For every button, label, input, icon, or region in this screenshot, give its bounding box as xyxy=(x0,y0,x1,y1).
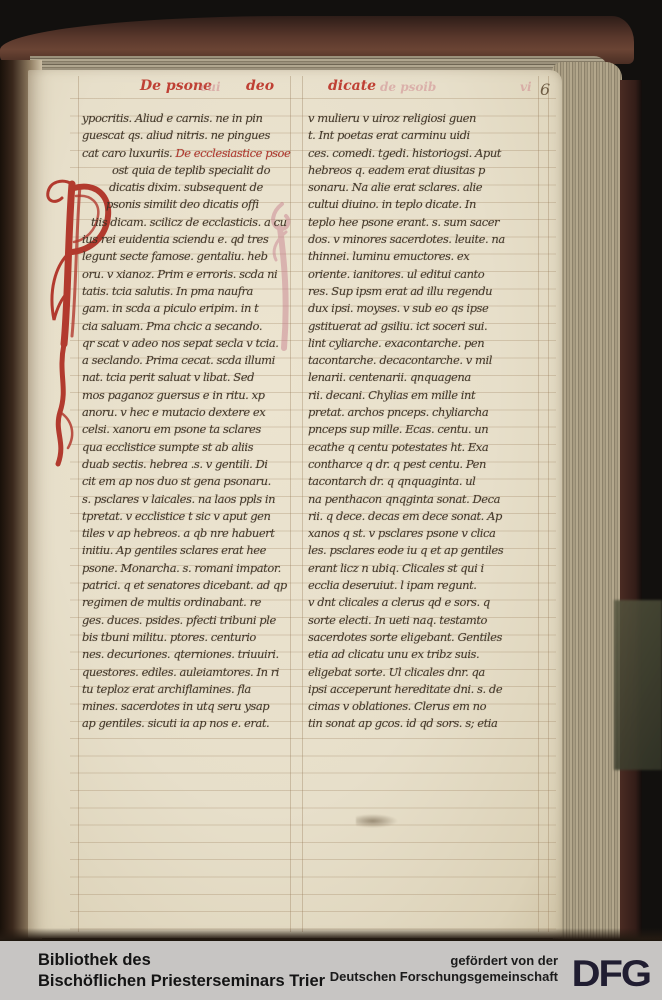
manuscript-line: ost quia de teplib specialit do xyxy=(112,162,292,179)
manuscript-line: t. Int poetas erat carminu uidi xyxy=(308,127,542,144)
manuscript-line: etia ad clicatu unu ex tribz suis. xyxy=(308,646,542,663)
manuscript-line: dos. v minores sacerdotes. leuite. na xyxy=(308,231,542,248)
column-rule-line xyxy=(548,76,549,932)
folio-number: 6 xyxy=(540,80,550,99)
manuscript-line: oriente. ianitores. ul editui canto xyxy=(308,266,542,283)
manuscript-line: nes. decuriones. qterniones. triuuiri. xyxy=(82,646,292,663)
funding-credit-line2: Deutschen Forschungsgemeinschaft xyxy=(330,969,558,985)
book-cover-edge xyxy=(620,80,642,940)
manuscript-line: ges. duces. psides. pfecti tribuni ple xyxy=(82,612,292,629)
manuscript-line: legunt secte famose. gentaliu. heb xyxy=(82,248,292,265)
manuscript-line: eligebat sorte. Ul clicales dnr. qa xyxy=(308,664,542,681)
manuscript-line: tpretat. v ecclistice t sic v aput gen xyxy=(82,508,292,525)
manuscript-line: mos paganoz guersus e in ritu. xp xyxy=(82,387,292,404)
manuscript-line: qr scat v adeo nos sepat secla v tcia. xyxy=(82,335,292,352)
manuscript-line: lint cyliarche. exacontarche. pen xyxy=(308,335,542,352)
manuscript-line: cat caro luxuriis. De ecclesiastice psoe xyxy=(82,145,292,162)
header-ghost-text: vi xyxy=(520,80,532,94)
manuscript-line: questores. ediles. auleiamtores. In ri xyxy=(82,664,292,681)
manuscript-line: sonaru. Na alie erat sclares. alie xyxy=(308,179,542,196)
manuscript-line: bis tbuni militu. ptores. centurio xyxy=(82,629,292,646)
manuscript-line: tin sonat ap gcos. id qd sors. s; etia xyxy=(308,715,542,732)
text-column-1: ypocritis. Aliud e carnis. ne in pingues… xyxy=(82,110,292,733)
manuscript-line: tiles v ap hebreos. a qb nre habuert xyxy=(82,525,292,542)
header-rubric-right: dicate xyxy=(328,78,376,94)
manuscript-line: teplo hee psone erant. s. sum sacer xyxy=(308,214,542,231)
manuscript-line: pnceps sup mille. Ecas. centu. un xyxy=(308,421,542,438)
manuscript-line: ypocritis. Aliud e carnis. ne in pin xyxy=(82,110,292,127)
header-rubric-mid: deo xyxy=(246,78,274,94)
manuscript-line: rii. q dece. decas em dece sonat. Ap xyxy=(308,508,542,525)
manuscript-line: ecathe q centu potestates ht. Exa xyxy=(308,439,542,456)
manuscript-line: oru. v xianoz. Prim e erroris. scda ni xyxy=(82,266,292,283)
manuscript-line: pretat. archos pnceps. chyliarcha xyxy=(308,404,542,421)
manuscript-line: guescat qs. aliud nitris. ne pingues xyxy=(82,127,292,144)
column-rule-line xyxy=(302,76,303,932)
manuscript-line: ipsi acceperunt hereditate dni. s. de xyxy=(308,681,542,698)
funding-credit: gefördert von der Deutschen Forschungsge… xyxy=(330,953,558,985)
manuscript-line: les. psclares eode iu q et ap gentiles xyxy=(308,542,542,559)
manuscript-line: patrici. q et senatores dicebant. ad qp xyxy=(82,577,292,594)
library-name-line1: Bibliothek des xyxy=(38,950,325,971)
manuscript-line: erant licz n ubiq. Clicales st qui i xyxy=(308,560,542,577)
page-bottom-shadow xyxy=(0,928,662,942)
manuscript-line: gam. in scda a piculo eripim. in t xyxy=(82,300,292,317)
manuscript-line: cultui diuino. in teplo dicate. In xyxy=(308,196,542,213)
manuscript-line: ecclia deseruiut. l ipam regunt. xyxy=(308,577,542,594)
manuscript-line: s. psclares v laicales. na laos ppls in xyxy=(82,491,292,508)
funding-credit-line1: gefördert von der xyxy=(330,953,558,969)
manuscript-line: v dnt clicales a clerus qd e sors. q xyxy=(308,594,542,611)
manuscript-line: thinnei. luminu emuctores. ex xyxy=(308,248,542,265)
manuscript-line: ap gentiles. sicuti ia ap nos e. erat. xyxy=(82,715,292,732)
manuscript-page: De psone deo dicate cui de psoib vi 6 xyxy=(28,70,562,938)
manuscript-line: tacontarche. decacontarche. v mil xyxy=(308,352,542,369)
digitization-footer: Bibliothek des Bischöflichen Priestersem… xyxy=(0,941,662,1000)
manuscript-line: a seclando. Prima cecat. scda illumi xyxy=(82,352,292,369)
manuscript-line: anoru. v hec e mutacio dextere ex xyxy=(82,404,292,421)
manuscript-line: cimas v oblationes. Clerus em no xyxy=(308,698,542,715)
manuscript-line: ius rei euidentia sciendu e. qd tres xyxy=(82,231,292,248)
header-ghost-text: cui xyxy=(200,80,221,94)
manuscript-line: dux ipsi. moyses. v sub eo qs ipse xyxy=(308,300,542,317)
manuscript-line: tu teploz erat archiflamines. fla xyxy=(82,681,292,698)
manuscript-line: psone. Monarcha. s. romani impator. xyxy=(82,560,292,577)
manuscript-line: v mulieru v uiroz religiosi guen xyxy=(308,110,542,127)
manuscript-line: dicatis dixim. subsequent de xyxy=(109,179,292,196)
manuscript-line: cit em ap nos duo st gena psonaru. xyxy=(82,473,292,490)
manuscript-line: contharce q dr. q pest centu. Pen xyxy=(308,456,542,473)
manuscript-line: sacerdotes sorte eligebant. Gentiles xyxy=(308,629,542,646)
running-header: De psone deo dicate cui de psoib vi xyxy=(28,78,562,100)
manuscript-line: duab sectis. hebrea .s. v gentili. Di xyxy=(82,456,292,473)
manuscript-line: qua ecclistice sumpte st ab aliis xyxy=(82,439,292,456)
dfg-logo: DFG xyxy=(572,954,650,995)
manuscript-line: gstituerat ad gsiliu. ict soceri sui. xyxy=(308,318,542,335)
manuscript-line: xanos q st. v psclares psone v clica xyxy=(308,525,542,542)
header-ghost-text: de psoib xyxy=(380,80,436,94)
manuscript-line: res. Sup ipsm erat ad illu regendu xyxy=(308,283,542,300)
book-cover-corner xyxy=(614,600,662,770)
library-name-line2: Bischöflichen Priesterseminars Trier xyxy=(38,971,325,992)
manuscript-line: cia saluam. Pma chcic a secando. xyxy=(82,318,292,335)
manuscript-line: initiu. Ap gentiles sclares erat hee xyxy=(82,542,292,559)
manuscript-line: sorte electi. In ueti naq. testamto xyxy=(308,612,542,629)
manuscript-line: psonis similit deo dicatis offi xyxy=(106,196,292,213)
manuscript-line: regimen de multis ordinabant. re xyxy=(82,594,292,611)
manuscript-line: celsi. xanoru em psone ta sclares xyxy=(82,421,292,438)
book-right-page-edges xyxy=(552,62,622,940)
manuscript-line: nat. tcia perit saluat v libat. Sed xyxy=(82,369,292,386)
text-column-2: v mulieru v uiroz religiosi guent. Int p… xyxy=(308,110,542,733)
ink-smudge xyxy=(356,814,398,828)
manuscript-line: mines. sacerdotes in utq seru ysap xyxy=(82,698,292,715)
rubric-text: De ecclesiastice psoe xyxy=(175,146,290,160)
manuscript-line: rii. decani. Chylias em mille int xyxy=(308,387,542,404)
manuscript-line: tiis dicam. scilicz de ecclasticis. a cu xyxy=(91,214,292,231)
library-name: Bibliothek des Bischöflichen Priestersem… xyxy=(38,950,325,992)
manuscript-line: ces. comedi. tgedi. historiogsi. Aput xyxy=(308,145,542,162)
manuscript-line: tacontarch dr. q qnquaginta. ul xyxy=(308,473,542,490)
manuscript-line: tatis. tcia salutis. In pma naufra xyxy=(82,283,292,300)
manuscript-line: lenarii. centenarii. qnquagena xyxy=(308,369,542,386)
manuscript-scan: De psone deo dicate cui de psoib vi 6 xyxy=(0,0,662,1000)
manuscript-line: na penthacon qnqginta sonat. Deca xyxy=(308,491,542,508)
manuscript-line: hebreos q. eadem erat diusitas p xyxy=(308,162,542,179)
